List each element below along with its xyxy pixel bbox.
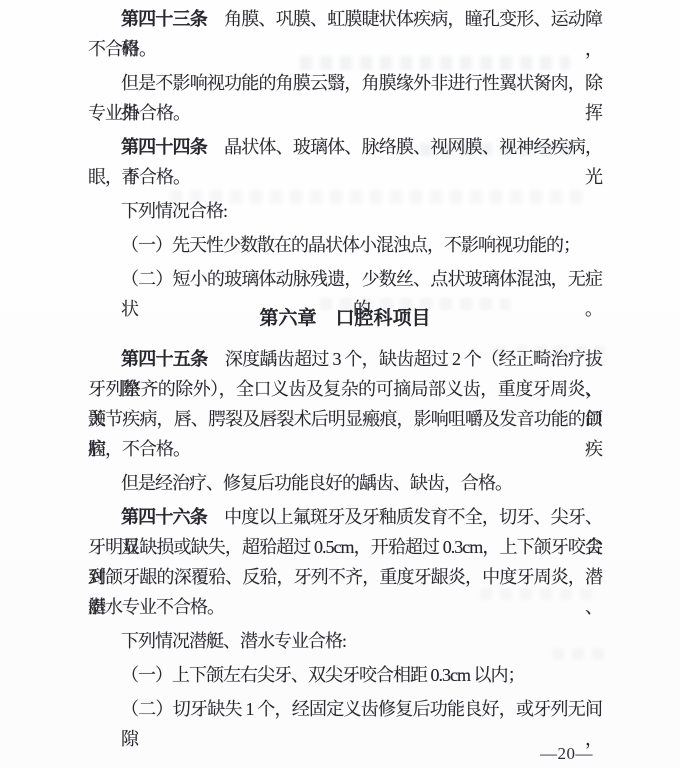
page-number: —20— — [540, 744, 593, 764]
text-line: 第四十五条 深度龋齿超过 3 个，缺齿超过 2 个（经正畸治疗拔除、 — [88, 344, 602, 374]
document-page: 第四十三条 角膜、巩膜、虹膜睫状体疾病，瞳孔变形、运动障碍，不合格。但是不影响视… — [0, 0, 680, 768]
paragraph: 第四十三条 角膜、巩膜、虹膜睫状体疾病，瞳孔变形、运动障碍，不合格。 — [88, 4, 602, 64]
text-line: （一）先天性少数散在的晶状体小混浊点，不影响视功能的； — [88, 230, 602, 260]
text-line: 关节疾病，唇、腭裂及唇裂术后明显瘢痕，影响咀嚼及发音功能的口腔疾 — [88, 404, 602, 434]
paragraph: 下列情况潜艇、潜水专业合格: — [88, 626, 602, 656]
text-line: 牙明显缺损或缺失，超𬌗超过 0.5cm，开𬌗超过 0.3cm，上下颌牙咬合到 — [88, 532, 602, 562]
article-number: 第四十五条 — [121, 349, 208, 369]
text-line: 第四十六条 中度以上氟斑牙及牙釉质发育不全，切牙、尖牙、双尖 — [88, 502, 602, 532]
text-line: 但是不影响视功能的角膜云翳，角膜缘外非进行性翼状胬肉，除指挥 — [88, 68, 602, 98]
paragraph: 下列情况合格: — [88, 196, 602, 226]
document-body: 第四十三条 角膜、巩膜、虹膜睫状体疾病，瞳孔变形、运动障碍，不合格。但是不影响视… — [88, 4, 602, 728]
paragraph: 第四十四条 晶状体、玻璃体、脉络膜、视网膜、视神经疾病，青光眼，不合格。 — [88, 132, 602, 192]
paragraph: 第四十六条 中度以上氟斑牙及牙釉质发育不全，切牙、尖牙、双尖牙明显缺损或缺失，超… — [88, 502, 602, 622]
paragraph: 第四十五条 深度龋齿超过 3 个，缺齿超过 2 个（经正畸治疗拔除、牙列整齐的除… — [88, 344, 602, 464]
text-line: （一）上下颌左右尖牙、双尖牙咬合相距 0.3cm 以内； — [88, 660, 602, 690]
text-line: 下列情况潜艇、潜水专业合格: — [88, 626, 602, 656]
text-line: 第四十四条 晶状体、玻璃体、脉络膜、视网膜、视神经疾病，青光 — [88, 132, 602, 162]
text-line: 对颌牙龈的深覆𬌗、反𬌗，牙列不齐，重度牙龈炎，中度牙周炎，潜艇、 — [88, 562, 602, 592]
paragraph: （一）先天性少数散在的晶状体小混浊点，不影响视功能的； — [88, 230, 602, 260]
text-line: （二）切牙缺失 1 个，经固定义齿修复后功能良好，或牙列无间隙， — [88, 694, 602, 724]
text-line: 牙列整齐的除外），全口义齿及复杂的可摘局部义齿，重度牙周炎，颞颌 — [88, 374, 602, 404]
text-line: 但是经治疗、修复后功能良好的龋齿、缺齿，合格。 — [88, 468, 602, 498]
article-number: 第四十三条 — [121, 9, 207, 29]
paragraph: 但是经治疗、修复后功能良好的龋齿、缺齿，合格。 — [88, 468, 602, 498]
paragraph: 但是不影响视功能的角膜云翳，角膜缘外非进行性翼状胬肉，除指挥专业外合格。 — [88, 68, 602, 128]
article-number: 第四十四条 — [121, 137, 207, 157]
text-line: （二）短小的玻璃体动脉残遗，少数丝、点状玻璃体混浊，无症状的。 — [88, 264, 602, 294]
text-line: 下列情况合格: — [88, 196, 602, 226]
paragraph: （二）切牙缺失 1 个，经固定义齿修复后功能良好，或牙列无间隙， — [88, 694, 602, 724]
paragraph: （二）短小的玻璃体动脉残遗，少数丝、点状玻璃体混浊，无症状的。 — [88, 264, 602, 294]
article-number: 第四十六条 — [121, 507, 207, 527]
paragraph: （一）上下颌左右尖牙、双尖牙咬合相距 0.3cm 以内； — [88, 660, 602, 690]
text-line: 第四十三条 角膜、巩膜、虹膜睫状体疾病，瞳孔变形、运动障碍， — [88, 4, 602, 34]
